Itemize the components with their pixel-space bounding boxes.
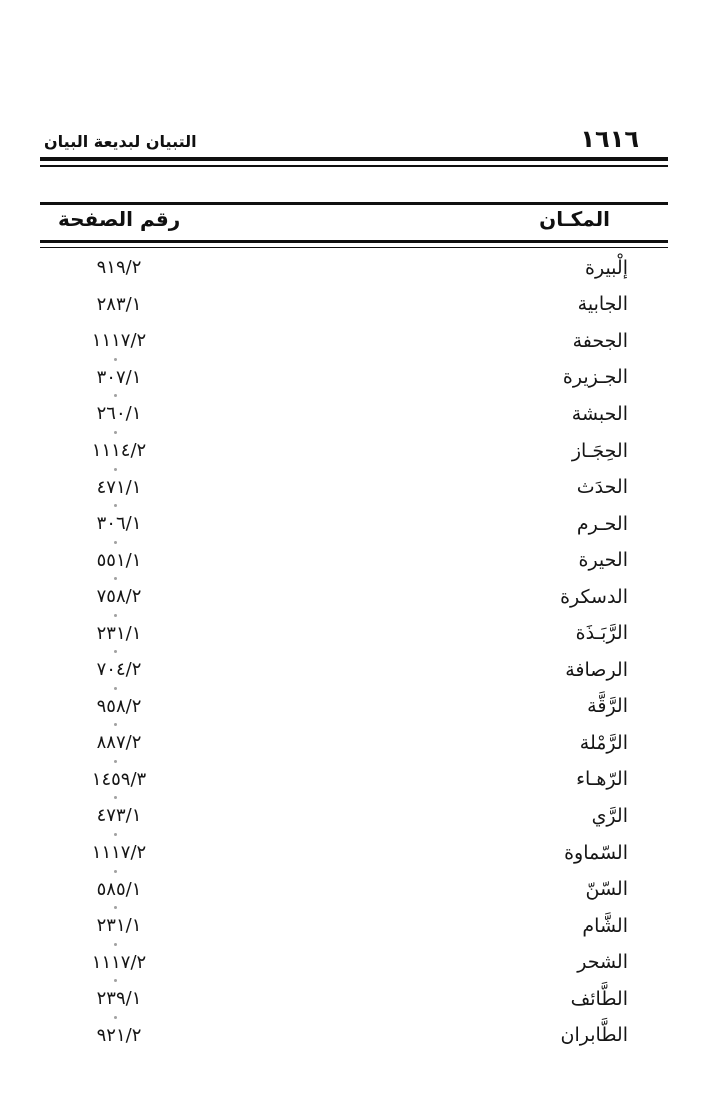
page-ref: ٣٠٧/١ — [40, 369, 198, 387]
table-row: إلْبيرة ٩١٩/٢ — [40, 250, 668, 287]
column-header-page-number: رقم الصفحة — [58, 207, 180, 231]
table-row: الدسكرة ٧٥٨/٢ — [40, 579, 668, 616]
page-ref: ٢٣٩/١ — [40, 990, 198, 1008]
table-row: السّنّ ٥٨٥/١ — [40, 871, 668, 908]
table-row: الطَّائف ٢٣٩/١ — [40, 981, 668, 1018]
page-ref: ٩٢١/٢ — [40, 1027, 198, 1045]
place-name: الشحر — [577, 953, 628, 972]
page-ref: ٢٦٠/١ — [40, 405, 198, 423]
book-title: التبيان لبديعة البيان — [44, 132, 197, 151]
table-row: الحدَث ٤٧١/١ — [40, 469, 668, 506]
page-ref: ٢٨٣/١ — [40, 296, 198, 314]
place-name: الجحفة — [573, 332, 628, 351]
page-ref: ٥٥١/١ — [40, 552, 198, 570]
place-name: الرَّبَـذَة — [576, 624, 628, 643]
place-name: الرَّي — [592, 807, 628, 826]
table-row: الرصافة ٧٠٤/٢ — [40, 652, 668, 689]
table-row: الشَّام ٢٣١/١ — [40, 908, 668, 945]
table-row: السّماوة ١١١٧/٢ — [40, 835, 668, 872]
place-name: الجـزيرة — [563, 368, 628, 387]
table-row: الرَّبَـذَة ٢٣١/١ — [40, 615, 668, 652]
page-ref: ١٤٥٩/٣ — [40, 771, 198, 789]
place-name: الطَّابران — [561, 1026, 628, 1045]
table-row: الجحفة ١١١٧/٢ — [40, 323, 668, 360]
page-ref: ٨٨٧/٢ — [40, 734, 198, 752]
header-bottom-rule-thick — [40, 240, 668, 243]
page-ref: ٩٥٨/٢ — [40, 698, 198, 716]
page-ref: ٥٨٥/١ — [40, 881, 198, 899]
header-bottom-rule-thin — [40, 247, 668, 249]
page-ref: ٧٥٨/٢ — [40, 588, 198, 606]
folio-number: ١٦١٦ — [580, 127, 639, 151]
page-ref: ١١١٧/٢ — [40, 332, 198, 350]
table-row: الحيرة ٥٥١/١ — [40, 542, 668, 579]
place-name: الحبشة — [572, 405, 628, 424]
place-name: الطَّائف — [571, 990, 628, 1009]
place-name: الرصافة — [565, 661, 628, 680]
page-ref: ١١١٧/٢ — [40, 954, 198, 972]
table-header: المكـان رقم الصفحة — [40, 205, 668, 239]
table-row: الشحر ١١١٧/٢ — [40, 944, 668, 981]
table-row: الجابية ٢٨٣/١ — [40, 287, 668, 324]
head-rule-thin — [40, 165, 668, 167]
table-row: الرَّي ٤٧٣/١ — [40, 798, 668, 835]
page-ref: ٣٠٦/١ — [40, 515, 198, 533]
head-rule-thick — [40, 157, 668, 161]
place-name: إلْبيرة — [585, 259, 628, 278]
place-name: الحِجَـاز — [572, 442, 628, 461]
place-name: الحـرم — [577, 515, 628, 534]
table-row: الرّهـاء ١٤٥٩/٣ — [40, 762, 668, 799]
place-name: الرَّقَّة — [587, 697, 628, 716]
page-ref: ١١١٧/٢ — [40, 844, 198, 862]
table-row: الحِجَـاز ١١١٤/٢ — [40, 433, 668, 470]
table-row: الحبشة ٢٦٠/١ — [40, 396, 668, 433]
book-page: ١٦١٦ التبيان لبديعة البيان المكـان رقم ا… — [0, 0, 703, 1113]
place-name: الرّهـاء — [576, 770, 628, 789]
page-ref: ٢٣١/١ — [40, 917, 198, 935]
page-ref: ٩١٩/٢ — [40, 259, 198, 277]
page-ref: ٢٣١/١ — [40, 625, 198, 643]
place-name: الحدَث — [577, 478, 628, 497]
column-header-place: المكـان — [539, 207, 610, 231]
place-name: الدسكرة — [560, 588, 628, 607]
running-head: ١٦١٦ التبيان لبديعة البيان — [44, 117, 639, 151]
table-row: الحـرم ٣٠٦/١ — [40, 506, 668, 543]
table-row: الرَّمْلة ٨٨٧/٢ — [40, 725, 668, 762]
place-name: الحيرة — [578, 551, 628, 570]
page-ref: ١١١٤/٢ — [40, 442, 198, 460]
page-ref: ٤٧١/١ — [40, 479, 198, 497]
place-name: السّماوة — [564, 844, 628, 863]
table-row: الرَّقَّة ٩٥٨/٢ — [40, 689, 668, 726]
place-name: الرَّمْلة — [580, 734, 628, 753]
place-name: الجابية — [578, 295, 628, 314]
table-row: الجـزيرة ٣٠٧/١ — [40, 360, 668, 397]
place-name: السّنّ — [586, 880, 628, 899]
page-ref: ٤٧٣/١ — [40, 807, 198, 825]
table-row: الطَّابران ٩٢١/٢ — [40, 1017, 668, 1054]
place-name: الشَّام — [582, 917, 628, 936]
places-index-table: إلْبيرة ٩١٩/٢ الجابية ٢٨٣/١ الجحفة ١١١٧/… — [40, 250, 668, 1054]
page-ref: ٧٠٤/٢ — [40, 661, 198, 679]
